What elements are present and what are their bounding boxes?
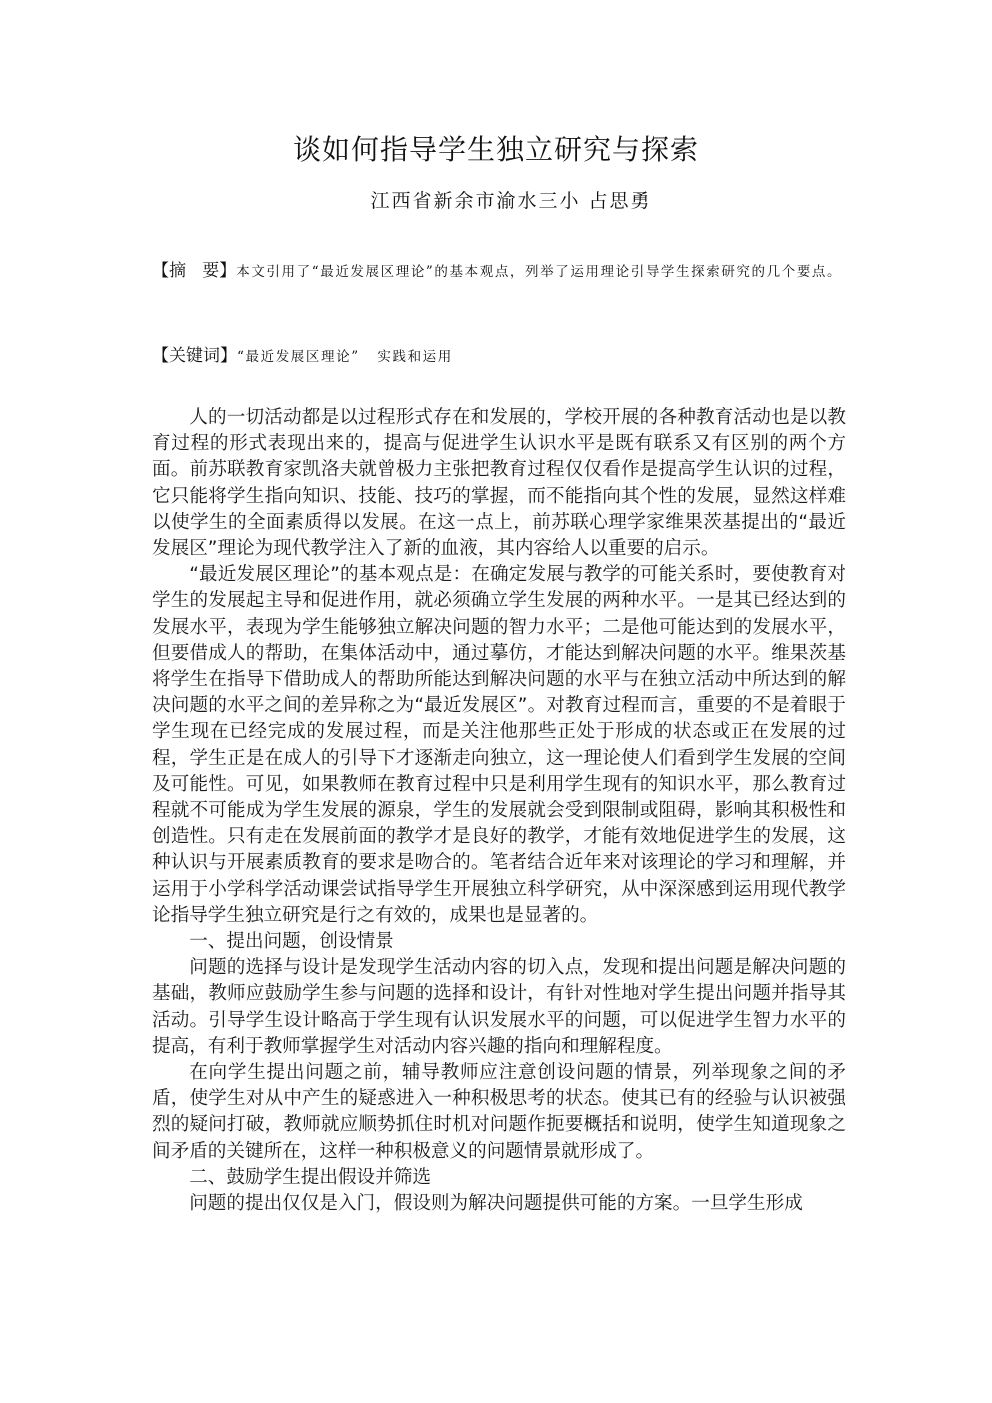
document-title: 谈如何指导学生独立研究与探索 (0, 128, 992, 168)
paragraph: 问题的提出仅仅是入门，假设则为解决问题提供可能的方案。一旦学生形成 (152, 1191, 846, 1217)
paragraph: 在向学生提出问题之前，辅导教师应注意创设问题的情景，列举现象之间的矛盾，使学生对… (152, 1060, 846, 1165)
abstract-section: 【摘 要】 本文引用了“最近发展区理论”的基本观点，列举了运用理论引导学生探索研… (152, 256, 852, 291)
body-text: 人的一切活动都是以过程形式存在和发展的，学校开展的各种教育活动也是以教育过程的形… (152, 405, 846, 1217)
abstract-label: 【摘 要】 (152, 256, 236, 281)
document-page: 谈如何指导学生独立研究与探索 江西省新余市渝水三小 占思勇 【摘 要】 本文引用… (0, 0, 992, 1403)
abstract-text: 本文引用了“最近发展区理论”的基本观点，列举了运用理论引导学生探索研究的几个要点… (236, 253, 842, 291)
keywords-text: “最近发展区理论” 实践和运用 (237, 345, 453, 365)
keywords-label: 【关键词】 (152, 341, 237, 366)
section-heading: 一、提出问题，创设情景 (152, 929, 846, 955)
paragraph: 人的一切活动都是以过程形式存在和发展的，学校开展的各种教育活动也是以教育过程的形… (152, 405, 846, 562)
keywords-section: 【关键词】 “最近发展区理论” 实践和运用 (152, 341, 852, 366)
author-line: 江西省新余市渝水三小 占思勇 (0, 186, 992, 213)
paragraph: “最近发展区理论”的基本观点是：在确定发展与教学的可能关系时，要使教育对学生的发… (152, 562, 846, 929)
section-heading: 二、鼓励学生提出假设并筛选 (152, 1165, 846, 1191)
paragraph: 问题的选择与设计是发现学生活动内容的切入点，发现和提出问题是解决问题的基础，教师… (152, 955, 846, 1060)
